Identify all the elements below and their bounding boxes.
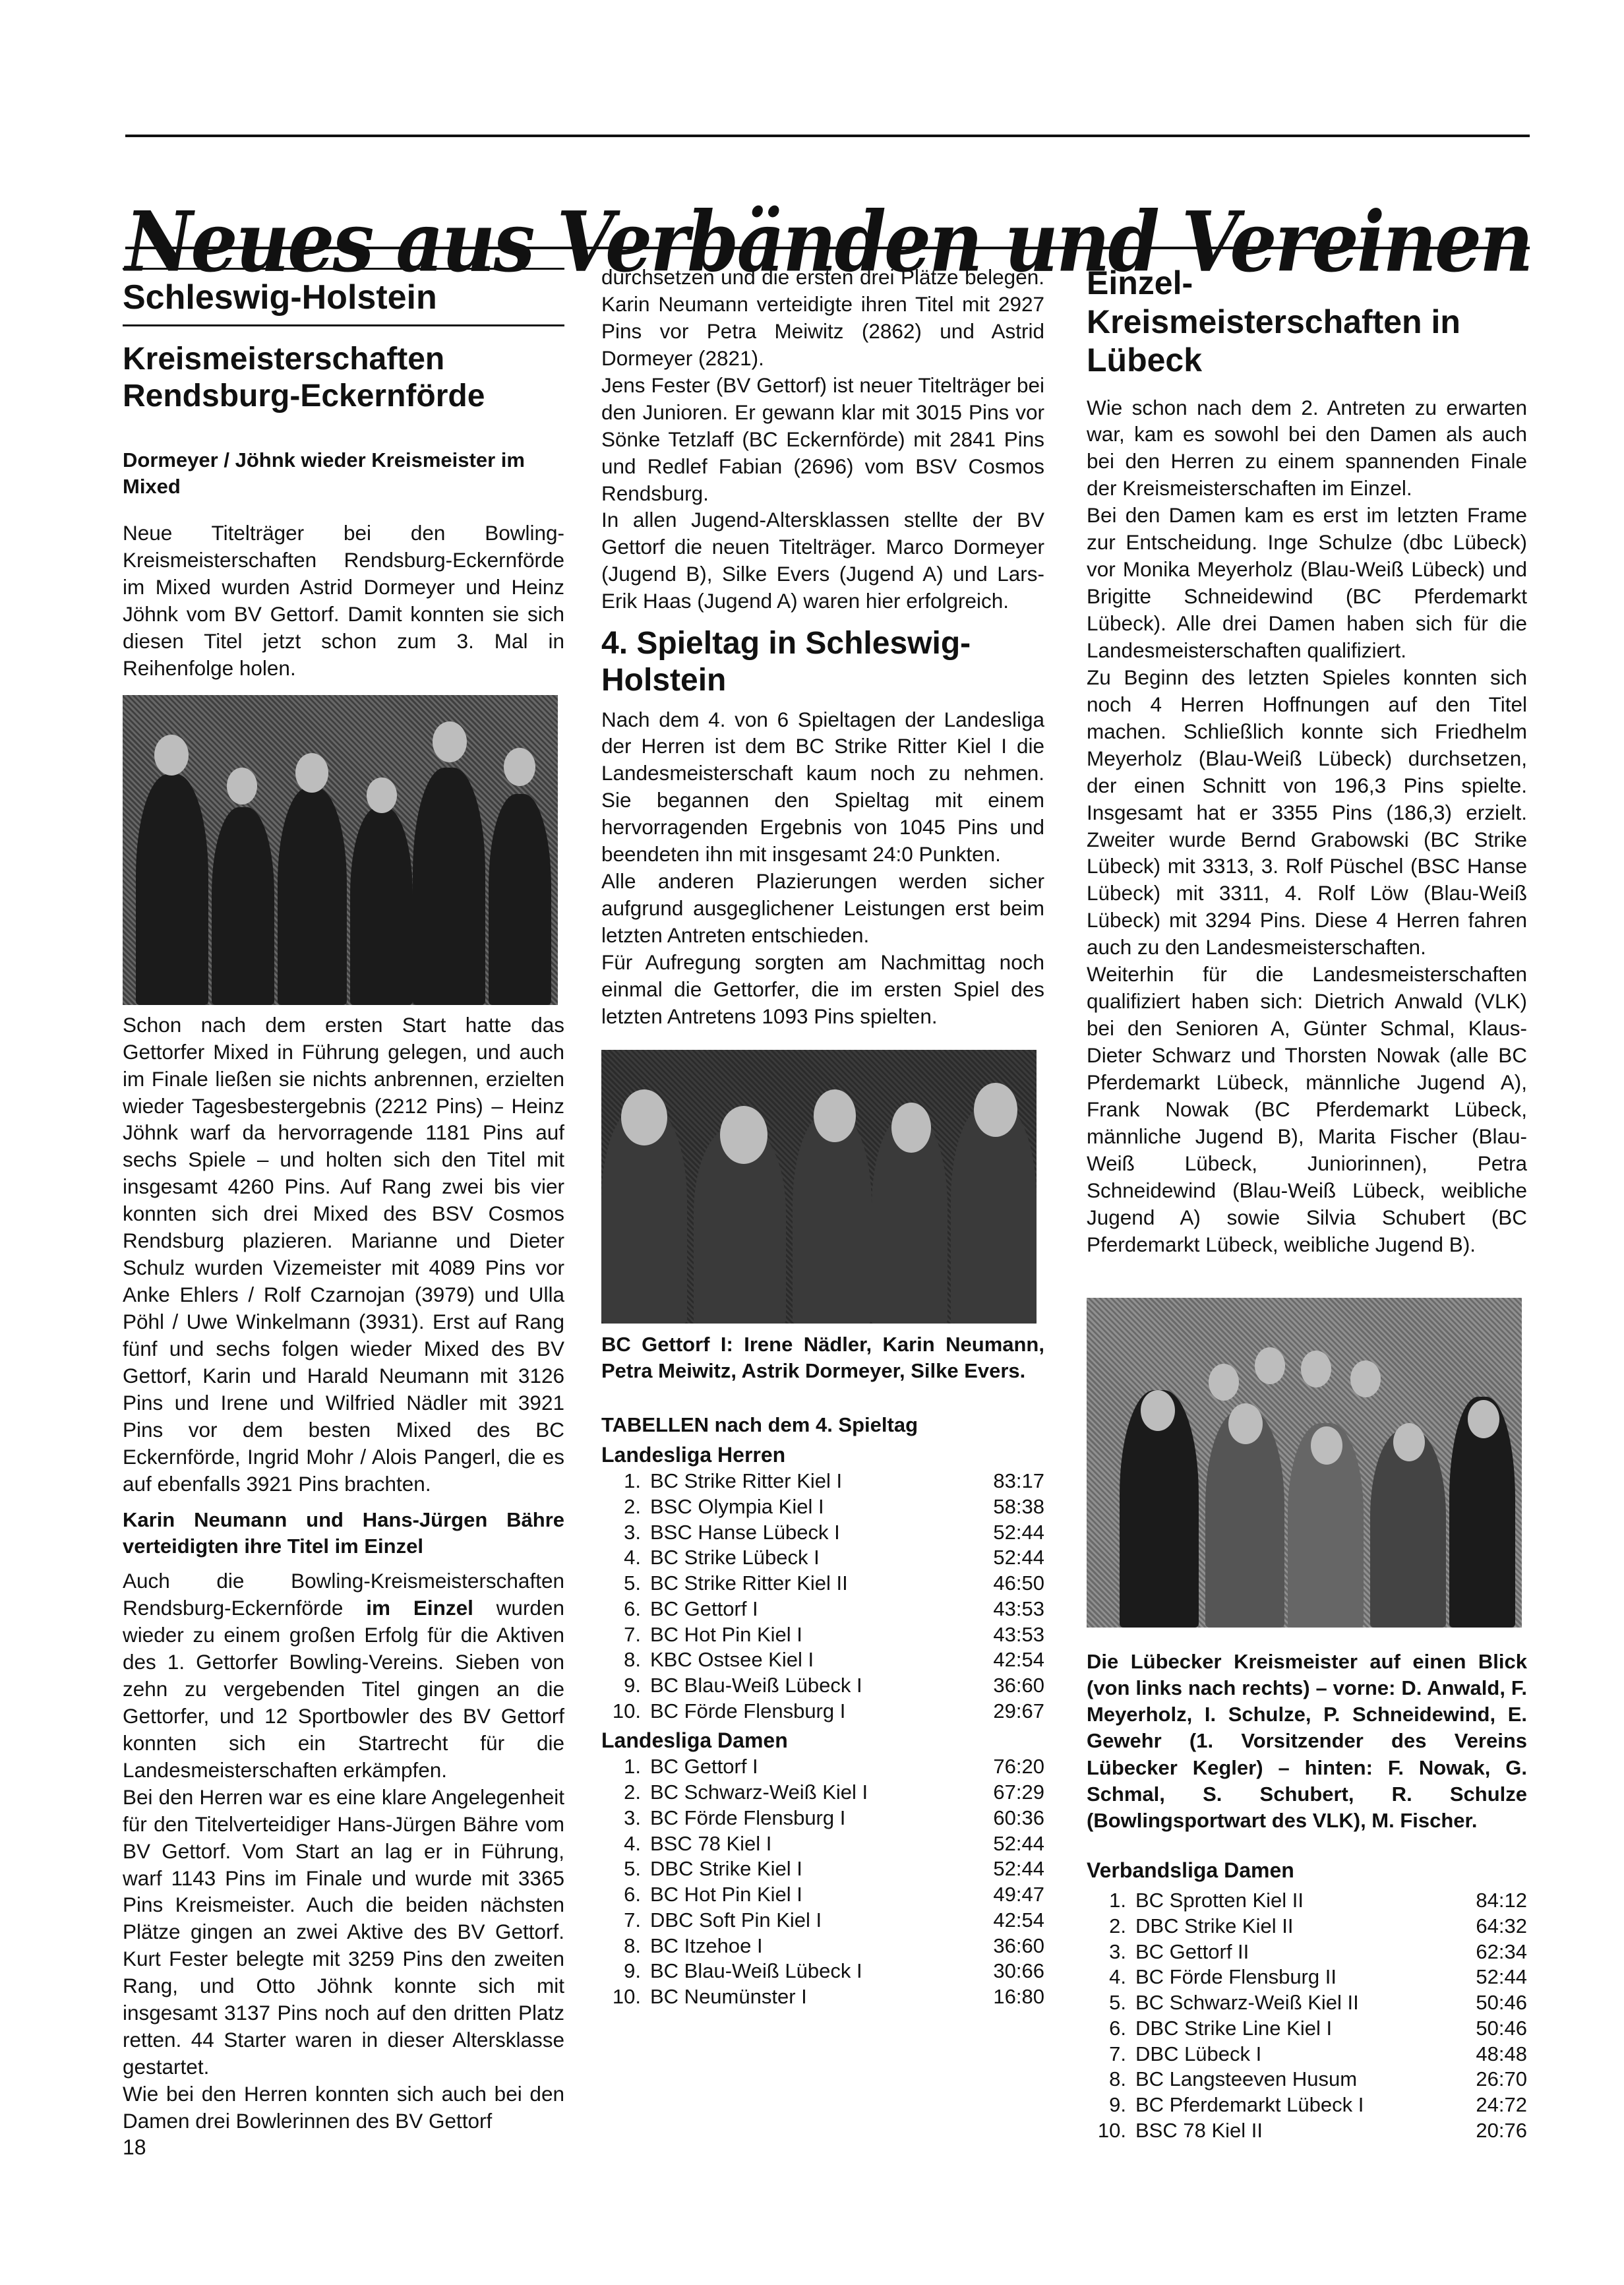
paragraph: Zu Beginn des letzten Spieles konnten si… (1087, 664, 1527, 961)
paragraph: Bei den Herren war es eine klare Angeleg… (123, 1784, 564, 2081)
paragraph: Wie bei den Herren konnten sich auch bei… (123, 2081, 564, 2135)
table-row: 6.BC Hot Pin Kiel I49:47 (601, 1882, 1044, 1908)
table-row: 9.BC Blau-Weiß Lübeck I36:60 (601, 1673, 1044, 1699)
paragraph: durchsetzen und die ersten drei Plätze b… (601, 264, 1044, 372)
league-title: Verbandsliga Damen (1087, 1857, 1527, 1885)
masthead-bottom-rule (125, 247, 1530, 249)
article-title-spieltag: 4. Spieltag in Schleswig-Holstein (601, 625, 1044, 699)
photo-caption: BC Gettorf I: Irene Nädler, Karin Neuman… (601, 1331, 1044, 1385)
table-row: 4.BC Strike Lübeck I52:44 (601, 1545, 1044, 1571)
section-title: Schleswig-Holstein (123, 279, 564, 317)
table-row: 3.BC Gettorf II62:34 (1087, 1939, 1527, 1965)
table-row: 6.DBC Strike Line Kiel I50:46 (1087, 2016, 1527, 2042)
column-3: Einzel-Kreismeisterschaften in Lübeck Wi… (1087, 264, 1527, 2144)
table-row: 7.DBC Soft Pin Kiel I42:54 (601, 1908, 1044, 1934)
paragraph: Auch die Bowling-Kreismeisterschaften Re… (123, 1568, 564, 1784)
paragraph: Bei den Damen kam es erst im letzten Fra… (1087, 502, 1527, 664)
table-row: 10.BC Neumünster I16:80 (601, 1984, 1044, 2010)
masthead-top-rule (125, 135, 1530, 137)
table-row: 8.BC Langsteeven Husum26:70 (1087, 2067, 1527, 2092)
paragraph: Jens Fester (BV Gettorf) ist neuer Titel… (601, 372, 1044, 507)
league-title: Landesliga Herren (601, 1442, 1044, 1469)
tables-title: TABELLEN nach dem 4. Spieltag (601, 1412, 1044, 1438)
subheading-einzel: Karin Neumann und Hans-Jürgen Bähre vert… (123, 1507, 564, 1560)
table-row: 2.BC Schwarz-Weiß Kiel I67:29 (601, 1780, 1044, 1806)
photo-bc-gettorf-team (601, 1050, 1037, 1324)
subheading-mixed: Dormeyer / Jöhnk wieder Kreismeister im … (123, 447, 564, 501)
table-row: 5.BC Schwarz-Weiß Kiel II50:46 (1087, 1990, 1527, 2016)
table-row: 9.BC Blau-Weiß Lübeck I30:66 (601, 1959, 1044, 1984)
table-row: 3.BSC Hanse Lübeck I52:44 (601, 1520, 1044, 1546)
paragraph: Wie schon nach dem 2. Antreten zu erwart… (1087, 394, 1527, 503)
table-row: 1.BC Gettorf I76:20 (601, 1754, 1044, 1780)
paragraph: Neue Titelträger bei den Bowling-Kreisme… (123, 520, 564, 682)
standings-table-verbandsliga-damen: 1.BC Sprotten Kiel II84:12 2.DBC Strike … (1087, 1888, 1527, 2144)
table-row: 3.BC Förde Flensburg I60:36 (601, 1806, 1044, 1831)
table-row: 10.BC Förde Flensburg I29:67 (601, 1699, 1044, 1724)
table-row: 2.DBC Strike Kiel II64:32 (1087, 1914, 1527, 1939)
article-title-luebeck: Einzel-Kreismeisterschaften in Lübeck (1087, 264, 1527, 380)
photo-luebeck-champions (1087, 1298, 1522, 1628)
photo-mixed-champions (123, 695, 558, 1005)
table-row: 8.KBC Ostsee Kiel I42:54 (601, 1647, 1044, 1673)
table-row: 5.DBC Strike Kiel I52:44 (601, 1856, 1044, 1882)
paragraph: Schon nach dem ersten Start hatte das Ge… (123, 1012, 564, 1498)
column-1: Schleswig-Holstein Kreismeisterschaften … (123, 264, 564, 2135)
table-row: 5.BC Strike Ritter Kiel II46:50 (601, 1571, 1044, 1597)
table-row: 1.BC Sprotten Kiel II84:12 (1087, 1888, 1527, 1914)
table-row: 6.BC Gettorf I43:53 (601, 1597, 1044, 1622)
league-title: Landesliga Damen (601, 1727, 1044, 1755)
standings-table-landesliga-damen: 1.BC Gettorf I76:20 2.BC Schwarz-Weiß Ki… (601, 1754, 1044, 2010)
table-row: 8.BC Itzehoe I36:60 (601, 1934, 1044, 1959)
table-row: 9.BC Pferdemarkt Lübeck I24:72 (1087, 2092, 1527, 2118)
column-2: durchsetzen und die ersten drei Plätze b… (601, 264, 1044, 2010)
standings-table-landesliga-herren: 1.BC Strike Ritter Kiel I83:17 2.BSC Oly… (601, 1469, 1044, 1724)
paragraph: Weiterhin für die Landesmeisterschaften … (1087, 961, 1527, 1258)
table-row: 10.BSC 78 Kiel II20:76 (1087, 2118, 1527, 2144)
table-row: 2.BSC Olympia Kiel I58:38 (601, 1494, 1044, 1520)
article-title-rendsburg: Kreismeisterschaften Rendsburg-Eckernför… (123, 341, 564, 415)
table-row: 7.DBC Lübeck I48:48 (1087, 2042, 1527, 2067)
table-row: 7.BC Hot Pin Kiel I43:53 (601, 1622, 1044, 1648)
paragraph: In allen Jugend-Altersklassen stellte de… (601, 506, 1044, 615)
section-bottom-rule (123, 324, 564, 326)
paragraph: Für Aufregung sorgten am Nachmittag noch… (601, 949, 1044, 1030)
paragraph: Nach dem 4. von 6 Spieltagen der Landesl… (601, 706, 1044, 868)
table-row: 4.BC Förde Flensburg II52:44 (1087, 1965, 1527, 1990)
section-top-rule (123, 268, 564, 270)
photo-caption: Die Lübecker Kreismeister auf einen Blic… (1087, 1649, 1527, 1835)
paragraph: Alle anderen Plazierungen werden sicher … (601, 868, 1044, 949)
page-number: 18 (123, 2135, 146, 2160)
table-row: 4.BSC 78 Kiel I52:44 (601, 1831, 1044, 1857)
table-row: 1.BC Strike Ritter Kiel I83:17 (601, 1469, 1044, 1494)
